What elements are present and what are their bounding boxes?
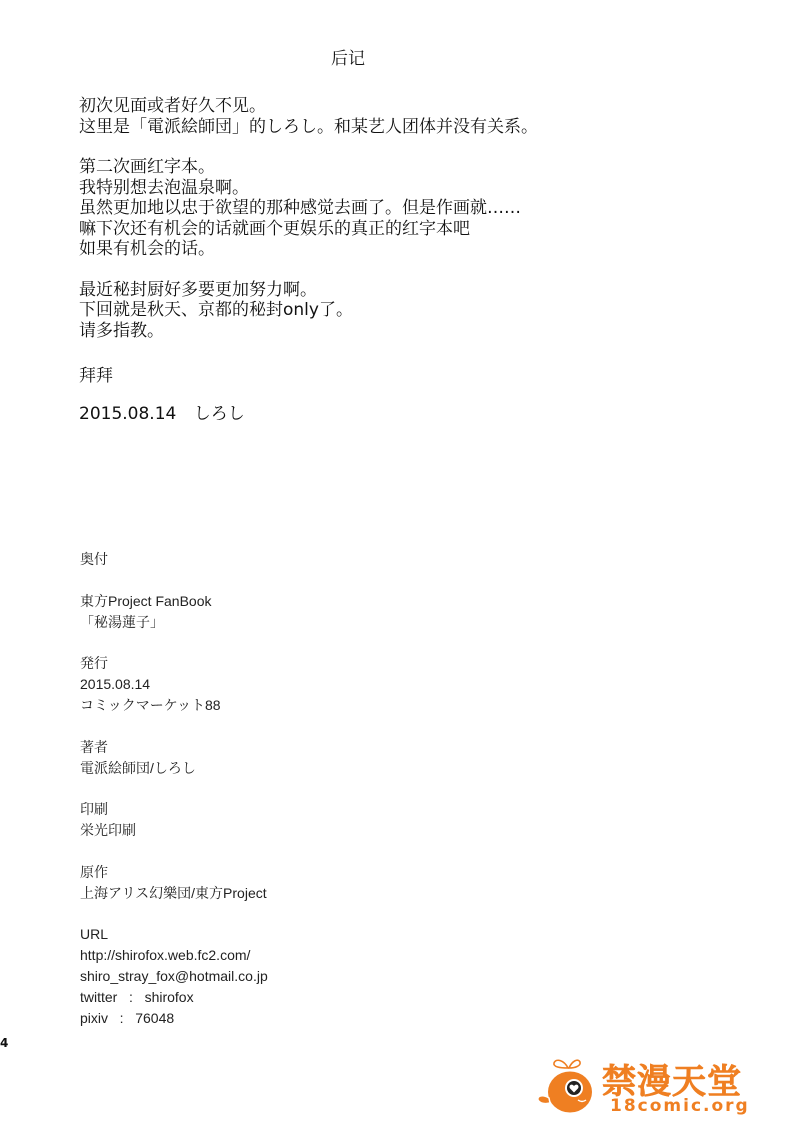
- book-series: 東方Project FanBook: [80, 591, 268, 612]
- colophon-heading: 奥付: [80, 549, 268, 570]
- colophon-heading-block: 奥付: [80, 549, 268, 570]
- text-line: 下回就是秋天、京都的秘封only了。: [79, 300, 538, 321]
- text-line: 这里是「電派絵師団」的しろし。和某艺人团体并没有关系。: [79, 117, 538, 138]
- book-title: 「秘湯蓮子」: [80, 612, 268, 633]
- afterword-paragraph: 第二次画红字本。 我特别想去泡温泉啊。 虽然更加地以忠于欲望的那种感觉去画了。但…: [79, 157, 538, 260]
- orange-fish-mascot-icon: [534, 1054, 602, 1120]
- colophon-links-block: URL http://shirofox.web.fc2.com/ shiro_s…: [80, 924, 268, 1029]
- text-line: 初次见面或者好久不见。: [79, 96, 538, 117]
- page-title: 后记: [0, 44, 696, 69]
- url-label: URL: [80, 924, 268, 945]
- text-line: 虽然更加地以忠于欲望的那种感觉去画了。但是作画就……: [79, 198, 538, 219]
- farewell: 拜拜: [79, 361, 113, 386]
- signature-name: しろし: [194, 404, 245, 424]
- colophon-book-block: 東方Project FanBook 「秘湯蓮子」: [80, 591, 268, 633]
- watermark-url: 18comic.org: [610, 1096, 750, 1116]
- website-url: http://shirofox.web.fc2.com/: [80, 945, 268, 966]
- page-number: 4: [0, 1036, 8, 1050]
- afterword-paragraph: 最近秘封厨好多要更加努力啊。 下回就是秋天、京都的秘封only了。 请多指教。: [79, 280, 538, 342]
- colophon-publish-block: 発行 2015.08.14 コミックマーケット88: [80, 653, 268, 716]
- original-value: 上海アリス幻樂団/東方Project: [80, 883, 268, 904]
- twitter-handle: twitter : shirofox: [80, 987, 268, 1008]
- text-line: 我特别想去泡温泉啊。: [79, 178, 538, 199]
- pixiv-id: pixiv : 76048: [80, 1008, 268, 1029]
- text-line: 请多指教。: [79, 321, 538, 342]
- author-value: 電派絵師団/しろし: [80, 758, 268, 779]
- colophon-original-block: 原作 上海アリス幻樂団/東方Project: [80, 862, 268, 904]
- text-line: 嘛下次还有机会的话就画个更娱乐的真正的红字本吧: [79, 219, 538, 240]
- text-line: 最近秘封厨好多要更加努力啊。: [79, 280, 538, 301]
- colophon: 奥付 東方Project FanBook 「秘湯蓮子」 発行 2015.08.1…: [80, 549, 268, 1050]
- colophon-printer-block: 印刷 栄光印刷: [80, 799, 268, 841]
- text-line: 第二次画红字本。: [79, 157, 538, 178]
- afterword-paragraph: 初次见面或者好久不见。 这里是「電派絵師団」的しろし。和某艺人团体并没有关系。: [79, 96, 538, 137]
- author-label: 著者: [80, 737, 268, 758]
- original-label: 原作: [80, 862, 268, 883]
- publish-event: コミックマーケット88: [80, 695, 268, 716]
- colophon-author-block: 著者 電派絵師団/しろし: [80, 737, 268, 779]
- email-address: shiro_stray_fox@hotmail.co.jp: [80, 966, 268, 987]
- printer-label: 印刷: [80, 799, 268, 820]
- publish-label: 発行: [80, 653, 268, 674]
- printer-value: 栄光印刷: [80, 820, 268, 841]
- site-watermark: 禁漫天堂 18comic.org: [534, 1052, 764, 1122]
- signature-date: 2015.08.14: [79, 404, 176, 424]
- signature: 2015.08.14 しろし: [79, 399, 245, 424]
- text-line: 如果有机会的话。: [79, 239, 538, 260]
- afterword-body: 初次见面或者好久不见。 这里是「電派絵師団」的しろし。和某艺人团体并没有关系。 …: [79, 96, 538, 361]
- publish-date: 2015.08.14: [80, 674, 268, 695]
